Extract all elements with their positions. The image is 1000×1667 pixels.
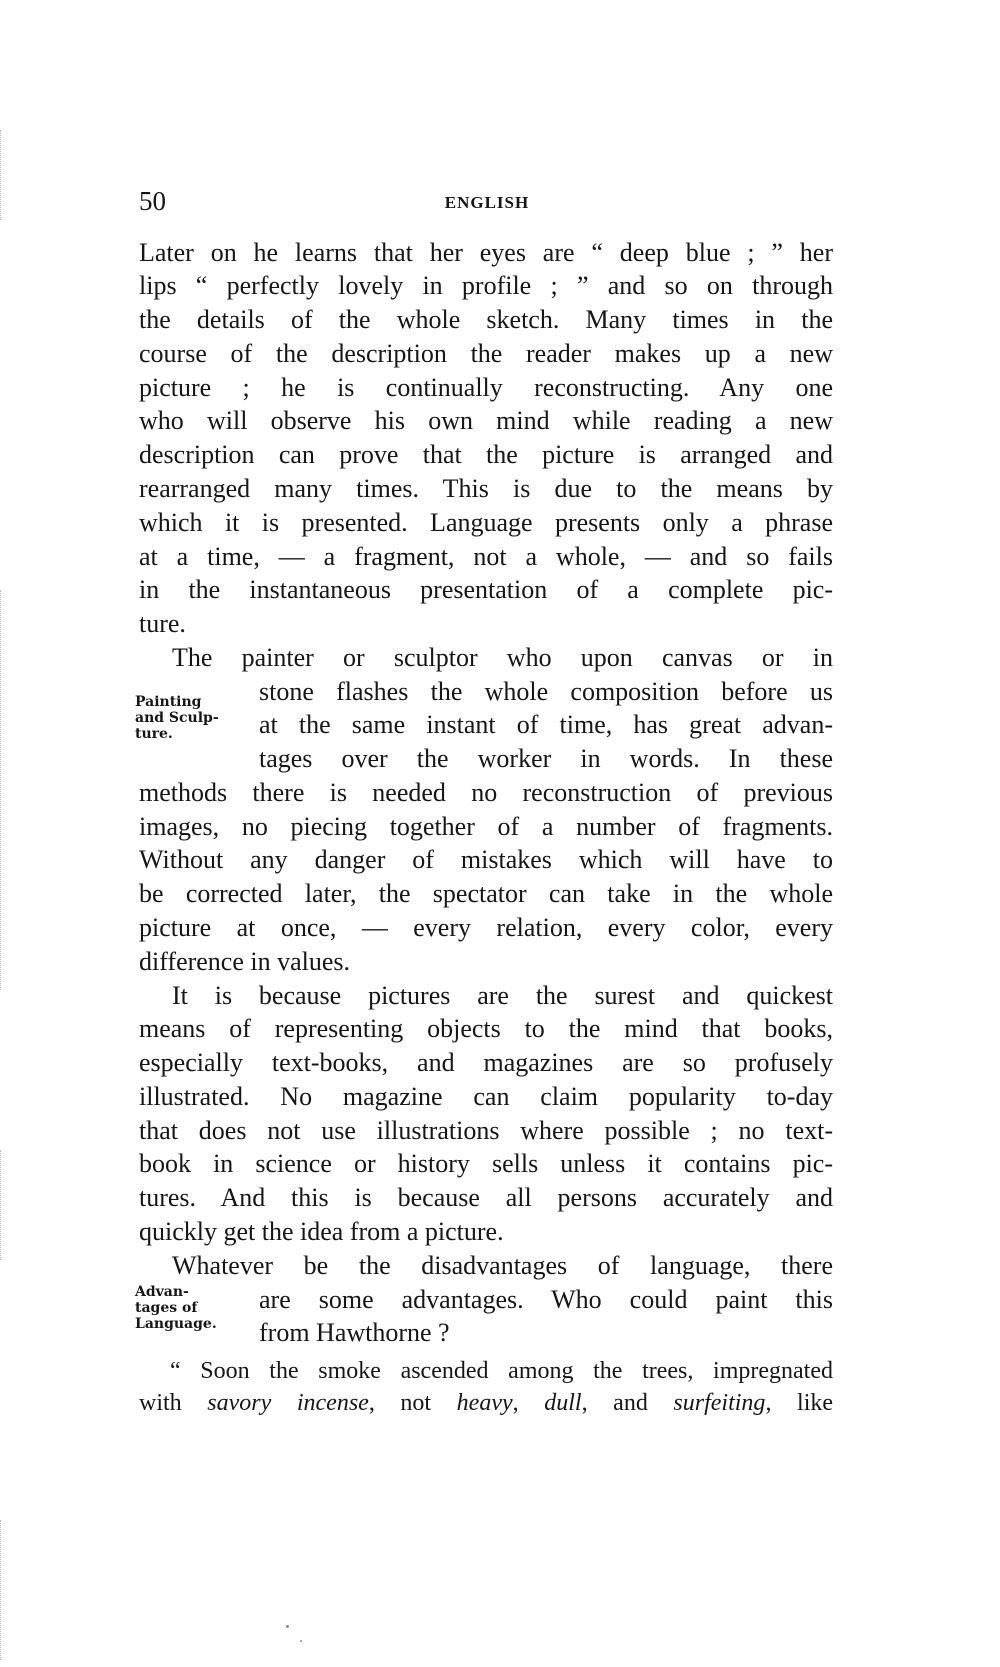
quote-line: “ Soon the smoke ascended among the tree… <box>170 1354 833 1388</box>
book-page: 50 ENGLISH Later on he learns that her e… <box>0 0 1000 1667</box>
text-line: are some advantages. Who could paint thi… <box>259 1283 833 1317</box>
text-line: It is because pictures are the surest an… <box>172 979 833 1013</box>
scan-artifact <box>0 130 13 220</box>
text-line: ture. <box>139 607 833 641</box>
text-line: picture ; he is continually reconstructi… <box>139 371 833 405</box>
text-line: images, no piecing together of a number … <box>139 810 833 844</box>
text-line: tages over the worker in words. In these <box>259 742 833 776</box>
text-line: the details of the whole sketch. Many ti… <box>139 303 833 337</box>
text-line: that does not use illustrations where po… <box>139 1114 833 1148</box>
quote-text: , and <box>582 1390 674 1416</box>
text-line: lips “ perfectly lovely in profile ; ” a… <box>139 269 833 303</box>
text-line: in the instantaneous presentation of a c… <box>139 573 833 607</box>
text-line: picture at once, — every relation, every… <box>139 911 833 945</box>
text-line: difference in values. <box>139 945 833 979</box>
text-line: description can prove that the picture i… <box>139 438 833 472</box>
scan-speck <box>286 1625 289 1628</box>
text-line: methods there is needed no reconstructio… <box>139 776 833 810</box>
text-line: Later on he learns that her eyes are “ d… <box>139 236 833 270</box>
running-head: ENGLISH <box>139 193 835 213</box>
text-line: who will observe his own mind while read… <box>139 404 833 438</box>
quote-italic: heavy <box>457 1390 513 1416</box>
text-line: at a time, — a fragment, not a whole, — … <box>139 540 833 574</box>
quote-italic: surfeiting <box>673 1390 765 1416</box>
text-line: stone flashes the whole composition befo… <box>259 675 833 709</box>
page-header: 50 ENGLISH <box>139 186 835 222</box>
text-line: quickly get the idea from a picture. <box>139 1215 833 1249</box>
quote-text: , <box>513 1390 545 1416</box>
text-line: book in science or history sells unless … <box>139 1147 833 1181</box>
text-line: especially text-books, and magazines are… <box>139 1046 833 1080</box>
scan-artifact <box>0 1520 13 1660</box>
quote-line: with savory incense, not heavy, dull, an… <box>139 1386 833 1420</box>
scan-speck <box>300 1640 302 1642</box>
scan-artifact <box>0 590 13 990</box>
quote-text: , like <box>765 1390 833 1416</box>
sidenote-advantages-of-language: Advan- tages of Language. <box>135 1284 255 1332</box>
text-line: tures. And this is because all persons a… <box>139 1181 833 1215</box>
scan-artifact <box>0 1150 13 1260</box>
sidenote-line: ture. <box>135 726 255 742</box>
text-line: Without any danger of mistakes which wil… <box>139 843 833 877</box>
text-line: be corrected later, the spectator can ta… <box>139 877 833 911</box>
text-line: rearranged many times. This is due to th… <box>139 472 833 506</box>
text-line: illustrated. No magazine can claim popul… <box>139 1080 833 1114</box>
text-line: from Hawthorne ? <box>259 1316 833 1350</box>
sidenote-line: Language. <box>135 1316 255 1332</box>
text-line: which it is presented. Language presents… <box>139 506 833 540</box>
quote-italic: savory incense <box>207 1390 369 1416</box>
text-line: The painter or sculptor who upon canvas … <box>172 641 833 675</box>
quote-text: with <box>139 1390 207 1416</box>
text-line: means of representing objects to the min… <box>139 1012 833 1046</box>
sidenote-line: Painting <box>135 694 255 710</box>
sidenote-painting-and-sculpture: Painting and Sculp- ture. <box>135 694 255 742</box>
text-line: at the same instant of time, has great a… <box>259 708 833 742</box>
text-line: Whatever be the disadvantages of languag… <box>172 1249 833 1283</box>
sidenote-line: Advan- <box>135 1284 255 1300</box>
sidenote-line: and Sculp- <box>135 710 255 726</box>
quote-italic: dull <box>544 1390 581 1416</box>
quote-text: , not <box>369 1390 457 1416</box>
text-line: course of the description the reader mak… <box>139 337 833 371</box>
sidenote-line: tages of <box>135 1300 255 1316</box>
